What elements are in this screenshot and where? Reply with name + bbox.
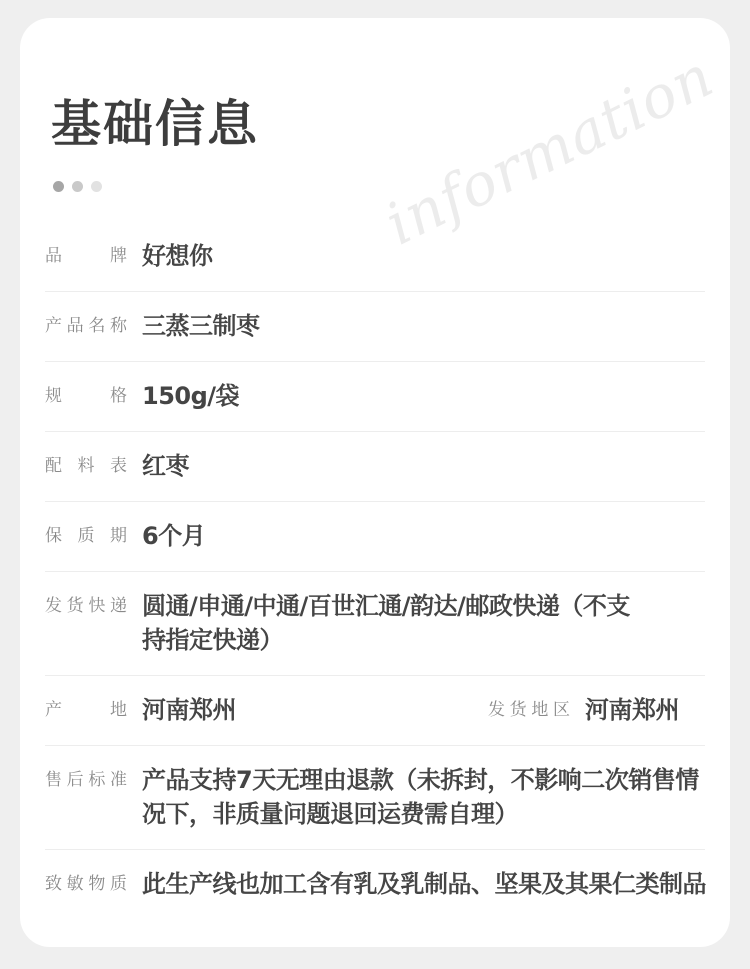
brand-label: 品牌 — [45, 239, 127, 273]
spec-value: 150g/袋 — [142, 379, 239, 413]
product-info-card: information 基础信息 品牌 好想你 产品名称 三蒸三制枣 规格 15… — [20, 18, 730, 947]
pagination-dot-2 — [72, 181, 83, 192]
shipping-courier-value: 圆通/申通/中通/百世汇通/韵达/邮政快递（不支持指定快递） — [142, 589, 652, 657]
spec-label: 规格 — [45, 379, 127, 413]
allergens-value: 此生产线也加工含有乳及乳制品、坚果及其果仁类制品 — [142, 867, 706, 901]
ingredients-label: 配料表 — [45, 449, 127, 483]
row-ingredients: 配料表 红枣 — [45, 432, 705, 502]
ingredients-value: 红枣 — [142, 449, 189, 483]
row-allergens: 致敏物质 此生产线也加工含有乳及乳制品、坚果及其果仁类制品 — [45, 850, 705, 919]
pagination-dots — [53, 181, 705, 192]
origin-label: 产地 — [45, 693, 127, 727]
row-brand: 品牌 好想你 — [45, 222, 705, 292]
shipping-courier-label: 发货快递 — [45, 589, 127, 623]
ship-from-label: 发货地区 — [488, 693, 570, 727]
page-title: 基础信息 — [51, 96, 705, 154]
ship-from-value: 河南郑州 — [585, 693, 679, 727]
shelf-life-label: 保质期 — [45, 519, 127, 553]
product-name-value: 三蒸三制枣 — [142, 309, 260, 343]
row-product-name: 产品名称 三蒸三制枣 — [45, 292, 705, 362]
row-origin: 产地 河南郑州 发货地区 河南郑州 — [45, 676, 705, 746]
row-spec: 规格 150g/袋 — [45, 362, 705, 432]
section-header: 基础信息 — [20, 18, 730, 192]
allergens-label: 致敏物质 — [45, 867, 127, 901]
pagination-dot-1 — [53, 181, 64, 192]
origin-value: 河南郑州 — [142, 693, 236, 727]
row-shelf-life: 保质期 6个月 — [45, 502, 705, 572]
after-sales-value: 产品支持7天无理由退款（未拆封，不影响二次销售情况下，非质量问题退回运费需自理） — [142, 763, 705, 831]
shelf-life-value: 6个月 — [142, 519, 205, 553]
row-shipping-courier: 发货快递 圆通/申通/中通/百世汇通/韵达/邮政快递（不支持指定快递） — [45, 572, 705, 676]
pagination-dot-3 — [91, 181, 102, 192]
row-after-sales: 售后标准 产品支持7天无理由退款（未拆封，不影响二次销售情况下，非质量问题退回运… — [45, 746, 705, 850]
after-sales-label: 售后标准 — [45, 763, 127, 797]
product-name-label: 产品名称 — [45, 309, 127, 343]
info-table: 品牌 好想你 产品名称 三蒸三制枣 规格 150g/袋 配料表 红枣 保质期 6… — [45, 222, 705, 919]
brand-value: 好想你 — [142, 239, 213, 273]
